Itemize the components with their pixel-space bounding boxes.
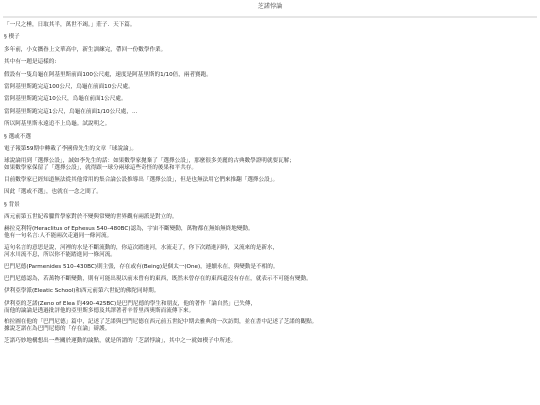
paragraph: 假設有一隻烏龜在阿基里斯前面100公尺處，速度是阿基里斯的1/10倍，兩者賽跑。 bbox=[4, 72, 536, 79]
text-line: § 選或不選 bbox=[4, 134, 536, 141]
text-line: § 楔子 bbox=[4, 34, 536, 41]
text-line: 據說芝諾在為巴門尼德的「存在論」辯護。 bbox=[4, 326, 536, 333]
paragraph: 多年前，小女攜眷上文華高中，新生訓練完，帶回一份數學作業。 bbox=[4, 47, 536, 54]
text-line: 伊利亞的芝諾(Zeno of Elea 約490–425BC)是巴門尼德的學生和… bbox=[4, 301, 536, 308]
paragraph: 芝諾巧妙地構想出一些關於運動的論點，就是所謂的「芝諾悖論」，其中之一就如楔子中所… bbox=[4, 338, 536, 345]
article-body: 「一尺之棰，日取其半，萬世不竭。」莊子．天下篇。§ 楔子多年前，小女攜眷上文華高… bbox=[0, 18, 540, 345]
paragraph: 赫拉克利特(Heraclitus of Ephesus 540–480BC)認為… bbox=[4, 226, 536, 240]
section-heading: § 背景 bbox=[4, 202, 536, 209]
text-line: 「一尺之棰，日取其半，萬世不竭。」莊子．天下篇。 bbox=[4, 22, 536, 29]
text-line: 當阿基里斯跑完這10公尺，烏龜在前面1公尺處。 bbox=[4, 96, 536, 103]
text-line: 所以阿基里斯永遠追不上烏龜。試說明之。 bbox=[4, 121, 536, 128]
text-line: 如果數學家保留了「選擇公設」，就得跟一球分兩球這些奇怪的後果和平共存。 bbox=[4, 165, 536, 172]
text-line: 因此「選或不選」，也就在一念之間了。 bbox=[4, 189, 536, 196]
paragraph: 西元前第五世紀希臘哲學家對於不變與常變的世界觀有兩派是對立的。 bbox=[4, 214, 536, 221]
page-title: 芝諾悖論 bbox=[258, 3, 283, 10]
text-line: 西元前第五世紀希臘哲學家對於不變與常變的世界觀有兩派是對立的。 bbox=[4, 214, 536, 221]
paragraph: 巴門尼德認為，若萬物不斷變動，則有可能出現以前未曾有的東西，既然未曾存在的東西還… bbox=[4, 276, 536, 283]
text-line: 多年前，小女攜眷上文華高中，新生訓練完，帶回一份數學作業。 bbox=[4, 47, 536, 54]
section-heading: § 選或不選 bbox=[4, 134, 536, 141]
text-line: 當阿基里斯跑完這1公尺，烏龜在前面1/10公尺處，... bbox=[4, 109, 536, 116]
text-line: 他有一句名言:人不能兩次走過同一條河流。 bbox=[4, 233, 536, 240]
paragraph: 所以阿基里斯永遠追不上烏龜。試說明之。 bbox=[4, 121, 536, 128]
paragraph: 當阿基里斯跑完這100公尺，烏龜在前面10公尺處。 bbox=[4, 84, 536, 91]
paragraph: 電子報第59期中轉載了李國偉先生的文章「球說論」。 bbox=[4, 146, 536, 153]
text-line: 巴門尼德(Parmenides 510–430BC)則主張，存在或有(Being… bbox=[4, 264, 536, 271]
paragraph: 球說論用到「選擇公設」，誠如李先生的話：如果數學家拋棄了「選擇公設」，那麼很多美… bbox=[4, 158, 536, 172]
text-line: 其中有一題是這樣的: bbox=[4, 59, 536, 66]
paragraph: 伊利亞學派(Eleatic School)和西元前第六世紀的佛陀同時期。 bbox=[4, 288, 536, 295]
text-line: 當阿基里斯跑完這100公尺，烏龜在前面10公尺處。 bbox=[4, 84, 536, 91]
paragraph: 伊利亞的芝諾(Zeno of Elea 約490–425BC)是巴門尼德的學生和… bbox=[4, 301, 536, 315]
paragraph: 當阿基里斯跑完這10公尺，烏龜在前面1公尺處。 bbox=[4, 96, 536, 103]
paragraph: 目前數學家已經知道無法從其他常用的集合論公設推導出「選擇公設」，但是也無法用它們… bbox=[4, 177, 536, 184]
paragraph: 其中有一題是這樣的: bbox=[4, 59, 536, 66]
text-line: 伊利亞學派(Eleatic School)和西元前第六世紀的佛陀同時期。 bbox=[4, 288, 536, 295]
paragraph: 當阿基里斯跑完這1公尺，烏龜在前面1/10公尺處，... bbox=[4, 109, 536, 116]
epigraph-quote: 「一尺之棰，日取其半，萬世不竭。」莊子．天下篇。 bbox=[4, 22, 536, 29]
page-header: 芝諾悖論 bbox=[0, 0, 540, 16]
paragraph: 柏拉圖在他的「巴門尼德」篇中，記述了芝諾與巴門尼德在西元前五世紀中期去雅典的一次… bbox=[4, 319, 536, 333]
paragraph: 因此「選或不選」，也就在一念之間了。 bbox=[4, 189, 536, 196]
text-line: 而他的論論是透過批評他的亞里斯多德及其譯著者辛普里西奧斯而流傳下來。 bbox=[4, 308, 536, 315]
text-line: 這句名言的意思是說，河裡的水是不斷流動的，你這次踏進河，水流走了，你下次踏進河時… bbox=[4, 245, 536, 252]
paragraph: 巴門尼德(Parmenides 510–430BC)則主張，存在或有(Being… bbox=[4, 264, 536, 271]
text-line: 巴門尼德認為，若萬物不斷變動，則有可能出現以前未曾有的東西，既然未曾存在的東西還… bbox=[4, 276, 536, 283]
text-line: 河水川流不息，所以你不能踏進同一條河流。 bbox=[4, 252, 536, 259]
text-line: § 背景 bbox=[4, 202, 536, 209]
text-line: 電子報第59期中轉載了李國偉先生的文章「球說論」。 bbox=[4, 146, 536, 153]
text-line: 芝諾巧妙地構想出一些關於運動的論點，就是所謂的「芝諾悖論」，其中之一就如楔子中所… bbox=[4, 338, 536, 345]
text-line: 假設有一隻烏龜在阿基里斯前面100公尺處，速度是阿基里斯的1/10倍，兩者賽跑。 bbox=[4, 72, 536, 79]
section-heading: § 楔子 bbox=[4, 34, 536, 41]
text-line: 目前數學家已經知道無法從其他常用的集合論公設推導出「選擇公設」，但是也無法用它們… bbox=[4, 177, 536, 184]
paragraph: 這句名言的意思是說，河裡的水是不斷流動的，你這次踏進河，水流走了，你下次踏進河時… bbox=[4, 245, 536, 259]
